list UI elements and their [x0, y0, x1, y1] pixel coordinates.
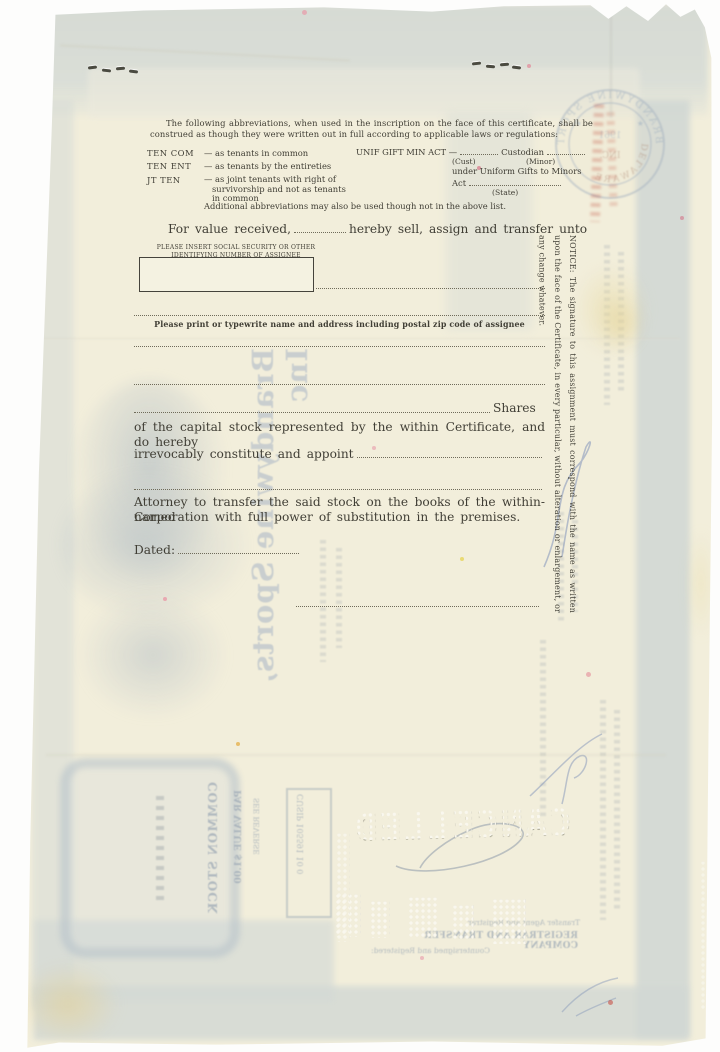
punch-hole-strip: [700, 860, 712, 1010]
pink-speck: [163, 597, 167, 601]
fold-crease: [46, 754, 666, 756]
dated-line: Dated:: [134, 543, 302, 558]
yellow-stain: [688, 528, 714, 640]
ghost-text-strip: [320, 540, 326, 662]
yellow-stain: [598, 296, 644, 352]
cancellation-punch-text: CANCELLED: [315, 801, 573, 878]
shares-suffix: Shares: [493, 401, 536, 416]
abbreviations-intro: The following abbreviations, when used i…: [150, 118, 593, 140]
capital-stock-line: of the capital stock represented by the …: [134, 420, 545, 451]
abbr-ten-ent-def: — as tenants by the entireties: [204, 161, 384, 172]
ssn-box: [139, 257, 314, 292]
dotted-line: [316, 288, 545, 289]
dotted-line: [134, 489, 542, 490]
dotted-leader: [178, 553, 299, 554]
abbr-jt-ten-def: — as joint tenants with right of survivo…: [204, 175, 346, 204]
print-caption: Please print or typewrite name and addre…: [134, 320, 545, 329]
red-speck: [608, 1000, 613, 1005]
unif-label: UNIF GIFT MIN ACT —: [356, 147, 457, 158]
punch-hole-cluster: [370, 900, 390, 938]
state-caption: (State): [492, 188, 518, 197]
signature-dotted-line: [296, 606, 539, 607]
ornate-panel-characters-ghost: [156, 796, 164, 904]
pink-speck: [527, 64, 531, 68]
abbreviations-footnote: Additional abbreviations may also be use…: [204, 201, 594, 212]
yellow-stain: [16, 962, 120, 1046]
dotted-leader: [357, 457, 542, 458]
abbr-ten-com-def: — as tenants in common: [204, 148, 364, 159]
bleedthrough-common-stock: COMMON STOCK: [206, 782, 220, 932]
value-received-line: For value received, hereby sell, assign …: [168, 222, 542, 237]
bleedthrough-par-value: PAR VALUE $1.00: [233, 790, 244, 922]
bleedthrough-see-reverse: SEE REVERSE: [252, 798, 261, 908]
attorney-line-2: Corporation with full power of substitut…: [134, 510, 545, 525]
under-uniform-gifts-line: under Uniform Gifts to Minors: [452, 166, 582, 177]
pencil-signature-ghost: [556, 968, 626, 1023]
yellow-speck: [236, 742, 240, 746]
ssn-instruction-line-1: PLEASE INSERT SOCIAL SECURITY OR OTHER: [150, 244, 322, 252]
yellow-speck: [460, 557, 464, 561]
notice-vertical-text: NOTICE: The signature to this assignment…: [533, 235, 580, 613]
abbr-ten-ent: TEN ENT: [147, 161, 191, 172]
bleedthrough-countersigned: Countersigned and Registered:: [350, 946, 490, 955]
dotted-line: [134, 412, 490, 413]
abbr-jt-ten: JT TEN: [147, 175, 181, 186]
dotted-line: [134, 384, 545, 385]
cancelled-word: CANCELLED: [353, 801, 573, 850]
dotted-leader: [294, 232, 346, 233]
fold-crease: [610, 6, 612, 118]
certificate-paper: Brandywine Sports, Inc COMMON STOCK PAR …: [0, 0, 720, 1052]
ghost-text-strip: [336, 548, 342, 648]
punch-hole-strip: [336, 832, 350, 942]
dotted-line: [134, 346, 545, 347]
fold-crease: [40, 338, 680, 340]
scanned-certificate-back: Brandywine Sports, Inc COMMON STOCK PAR …: [0, 0, 720, 1052]
abbr-ten-com: TEN COM: [147, 148, 194, 159]
yellow-speck: [38, 88, 42, 92]
svg-text:★: ★: [637, 119, 644, 128]
dotted-line: [134, 315, 545, 316]
dated-label: Dated:: [134, 543, 175, 558]
pink-speck: [420, 956, 424, 960]
dotted-leader: [469, 185, 561, 186]
punch-hole-cluster: [492, 898, 526, 944]
bleedthrough-cusip-text: CUSIP 105591 10 0: [296, 794, 305, 910]
minor-caption: (Minor): [526, 157, 555, 166]
vignette-pedestal-ghost: [78, 590, 228, 720]
pink-speck: [302, 10, 307, 15]
punch-hole-cluster: [408, 896, 438, 938]
value-received-pre: For value received,: [168, 222, 291, 237]
bleed-column-center: [446, 112, 532, 330]
bleed-band-right: [636, 100, 690, 1038]
punch-hole-cluster: [452, 904, 474, 940]
staple-mark: [116, 67, 125, 71]
appoint-text: irrevocably constitute and appoint: [134, 447, 354, 462]
cust-caption: (Cust): [452, 157, 476, 166]
dotted-leader: [547, 154, 585, 155]
pink-speck: [586, 672, 591, 677]
pink-speck: [680, 216, 684, 220]
act-label: Act: [452, 178, 466, 189]
appoint-line: irrevocably constitute and appoint: [134, 447, 545, 462]
dotted-leader: [460, 154, 498, 155]
